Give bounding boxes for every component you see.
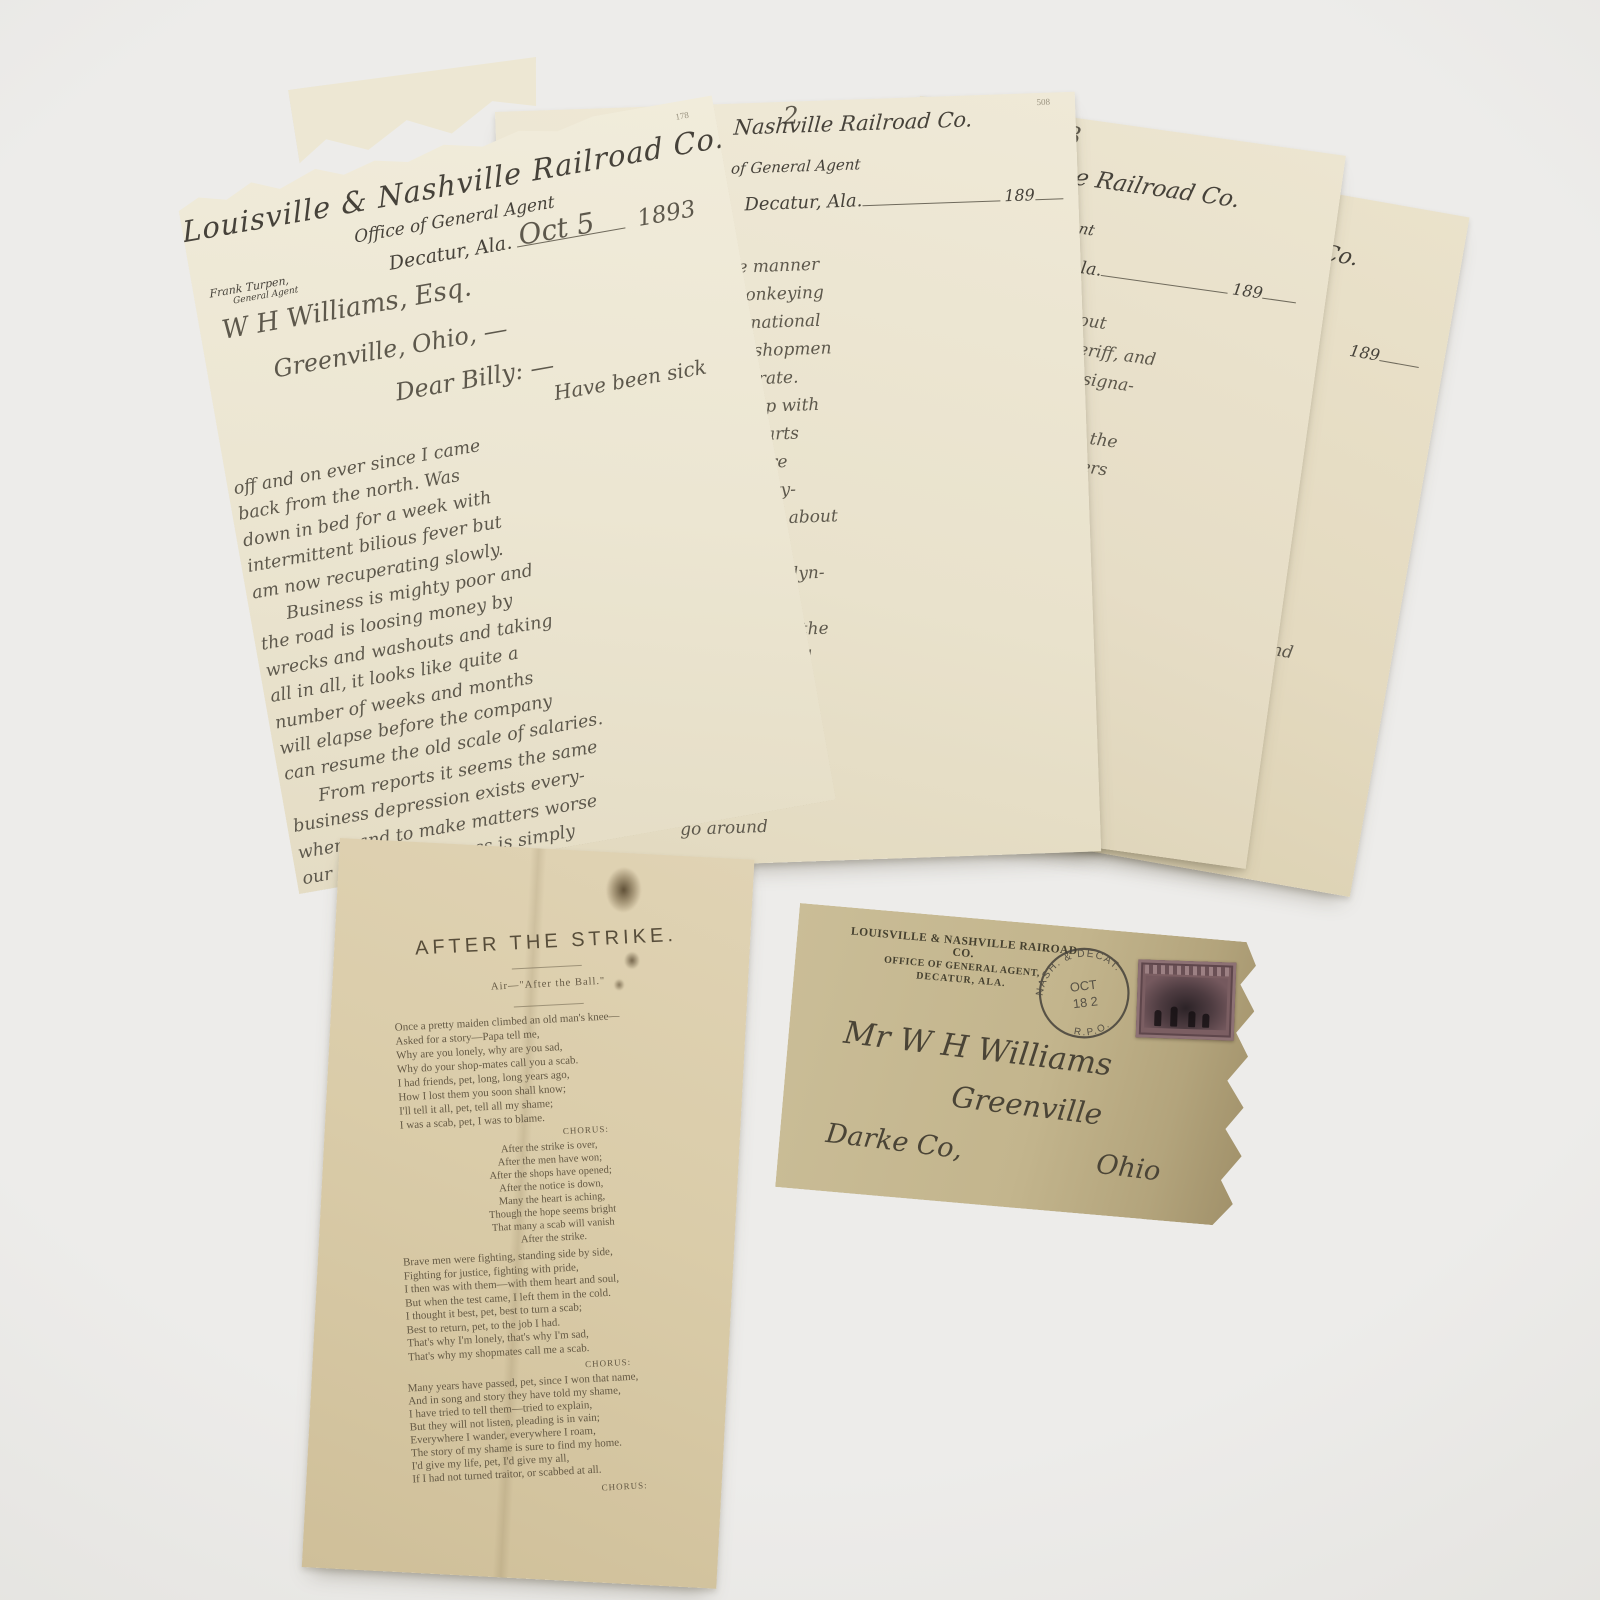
poem-verse-2: Brave men were fighting, standing side b… [403,1245,623,1364]
printed-poem-sheet: AFTER THE STRIKE. Air—"After the Ball." … [302,838,755,1589]
divider-rule [512,965,582,970]
salutation: Dear Billy: — [393,351,556,406]
letterhead-office-fragment: of General Agent [730,155,861,178]
stamp-ornament-band [1145,965,1229,977]
place-line: Decatur, Ala. [744,190,863,215]
blank-date-line [862,184,1001,206]
handwritten-year: 1893 [635,196,697,232]
blank-date-line [1101,259,1230,294]
poem-text-block: AFTER THE STRIKE. Air—"After the Ball." … [334,838,755,1589]
poem-title: AFTER THE STRIKE. [338,920,754,965]
year-printed: 189 [1348,341,1381,365]
blank-date-line [1034,182,1063,200]
divider-rule [514,1003,584,1008]
blank-date-line [1262,282,1298,304]
year-printed: 189 [1231,279,1264,302]
poem-verse-1: Once a pretty maiden climbed an old man'… [394,1009,625,1133]
postmark-arc-bottom: R.P.O. [1071,1018,1114,1040]
envelope-address-state: Ohio [1094,1149,1162,1188]
envelope-address-city: Greenville [950,1079,1104,1131]
photo-of-railroad-letters: d Co. 189 theBillyyou.is onAug.Knowsingw… [0,0,1600,1600]
stamp-figure [1202,1014,1209,1028]
envelope: LOUISVILLE & NASHVILLE RAIROAD CO. OFFIC… [775,903,1260,1227]
printers-corner-mark: 508 [1036,97,1050,107]
blank-date-line [1379,344,1421,368]
printers-corner-mark: 178 [675,110,690,122]
blank-date-line: Oct 5 [514,212,625,248]
stamp-figure [1188,1011,1196,1027]
letterhead-date-line: 189 [1348,339,1421,373]
envelope-address-county: Darke Co, [824,1118,964,1165]
stamp-figure [1154,1010,1162,1026]
postmark-month: OCT [1069,977,1098,995]
poem-air-line: Air—"After the Ball." [341,968,755,1001]
svg-text:R.P.O.: R.P.O. [1071,1018,1114,1040]
letterhead-company-fragment: Nashville Railroad Co. [733,107,973,139]
poem-verse-3: Many years have passed, pet, since I won… [407,1371,643,1487]
postmark-day: 18 2 [1072,993,1099,1011]
poem-chorus: After the strike is over,After the men h… [409,1134,694,1253]
stamp-figure [1170,1006,1178,1026]
letterhead-date-line: Decatur, Ala. 189 [744,182,1063,215]
columbian-2-cent-stamp-icon [1136,959,1237,1040]
year-printed: 189 [1004,185,1035,205]
